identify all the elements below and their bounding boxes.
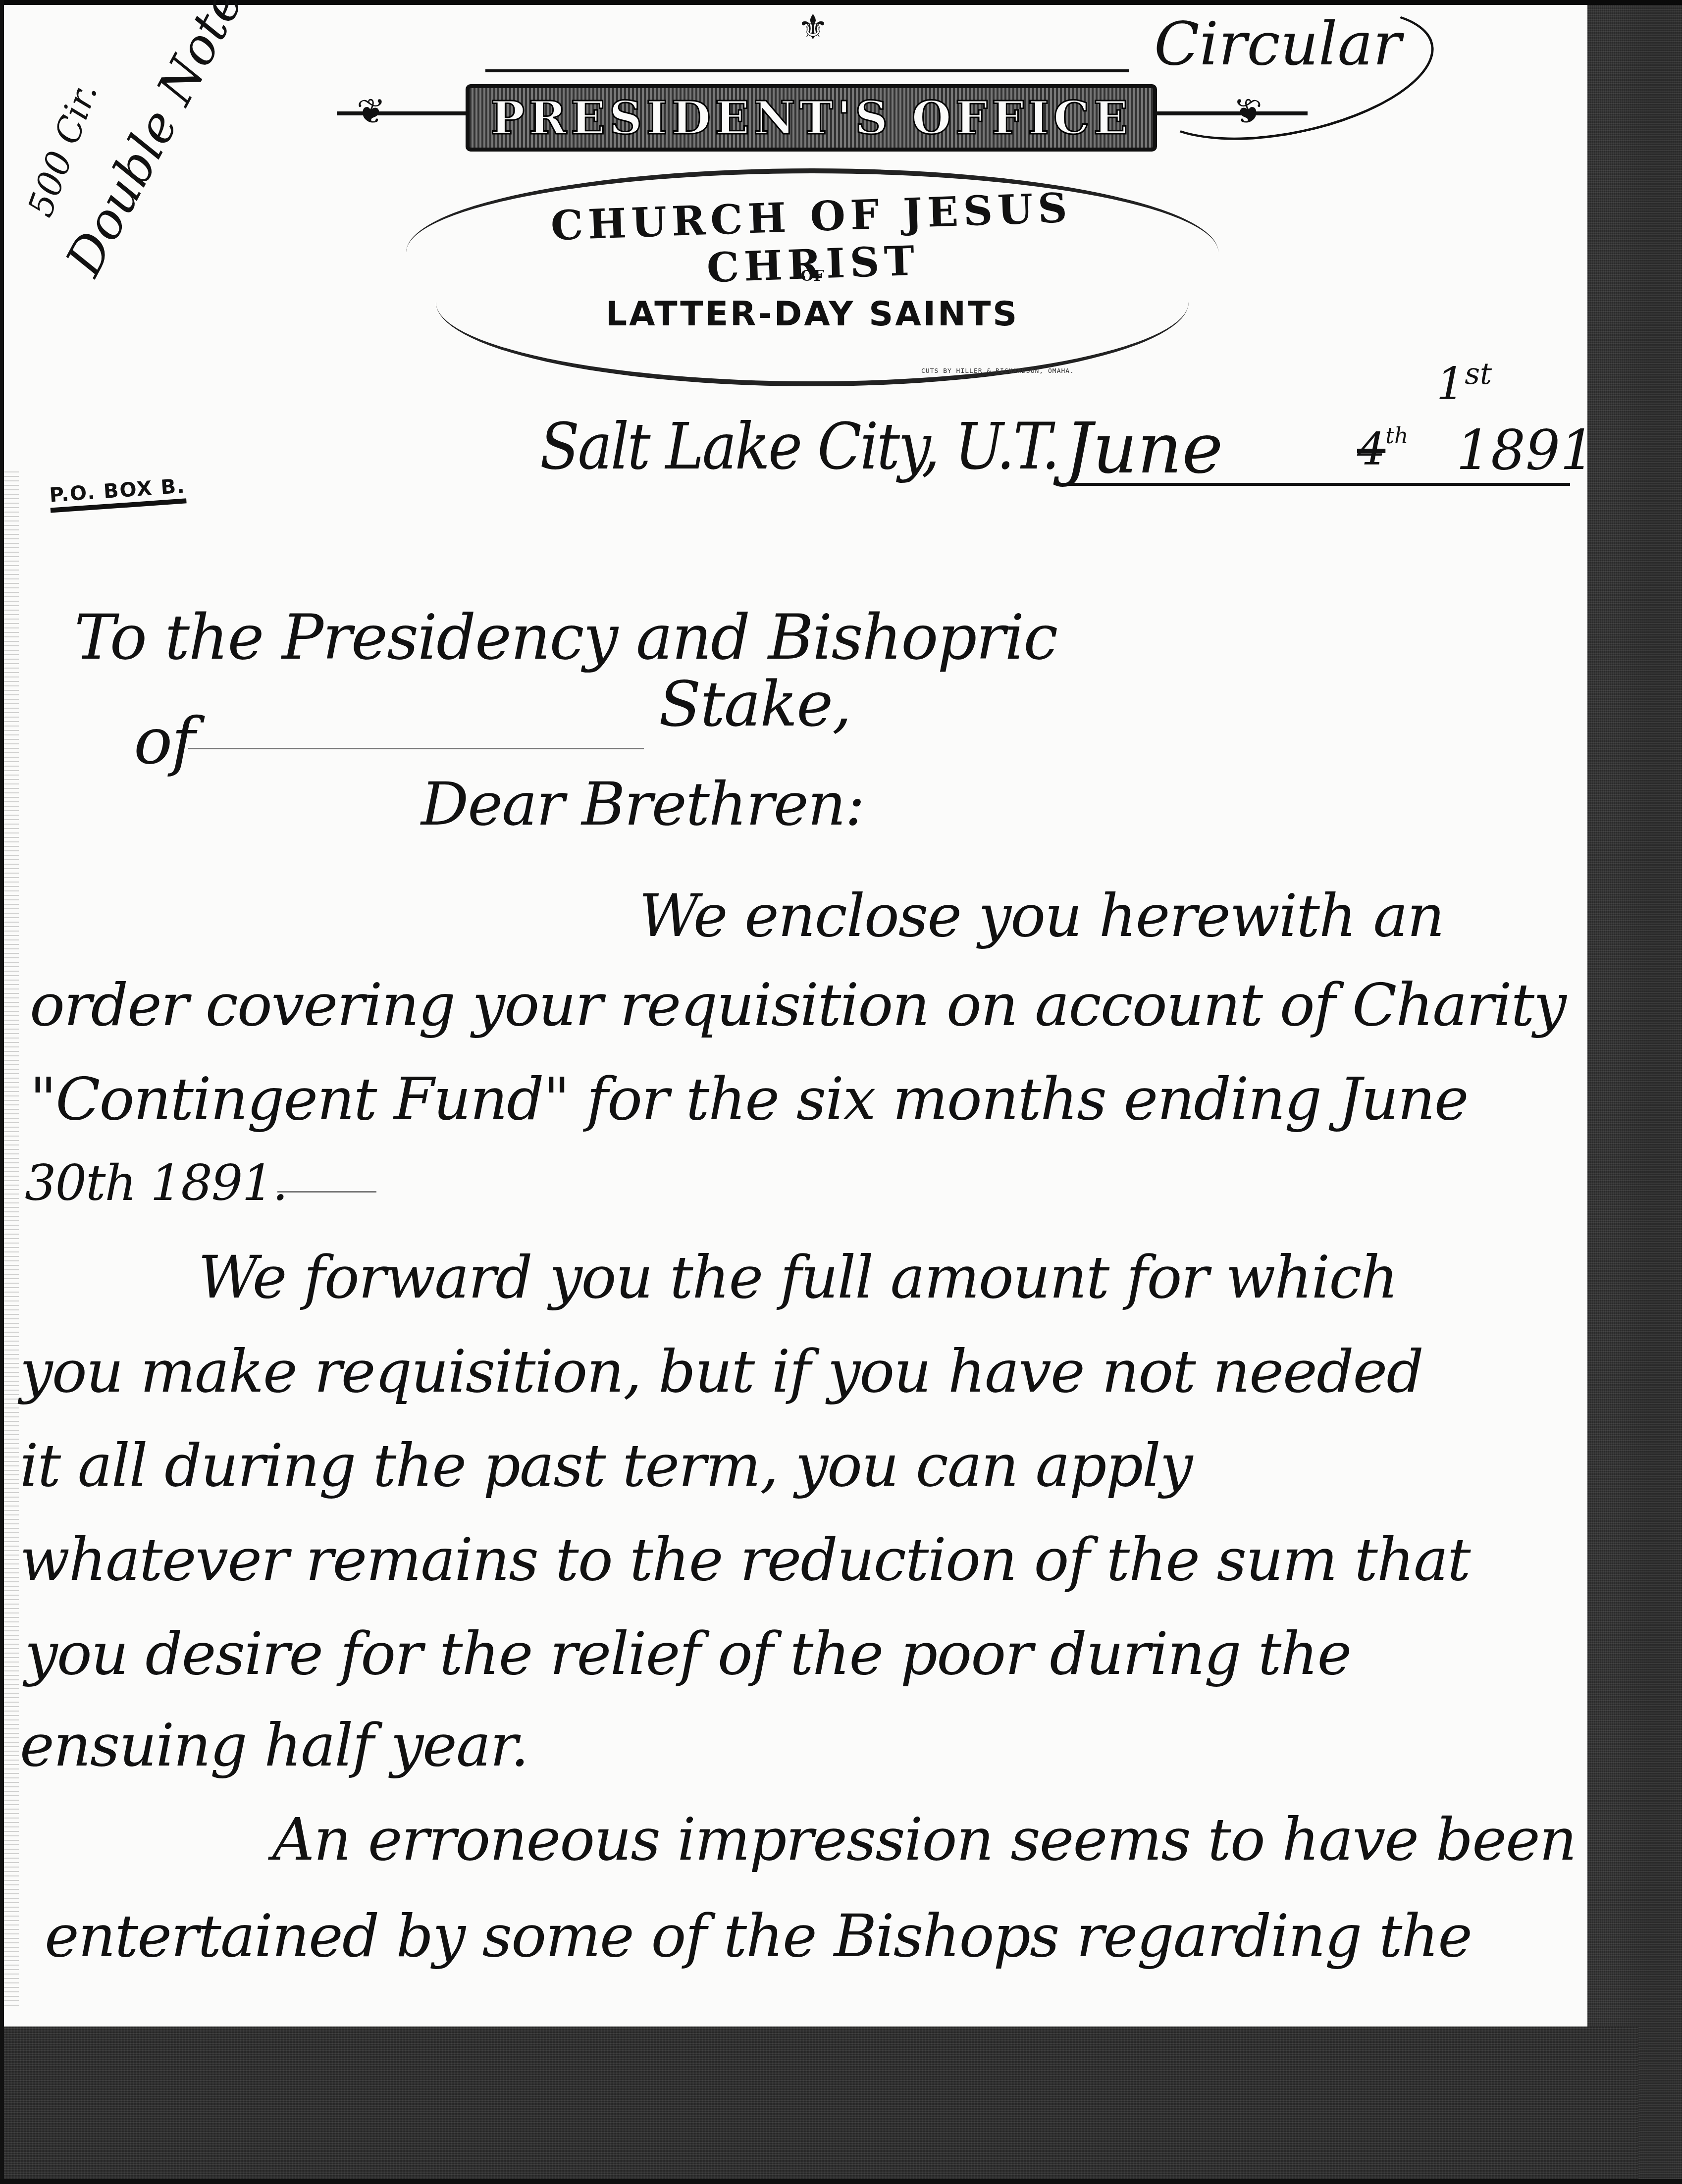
body-line: it all during the past term, you can app… [20, 1431, 1192, 1500]
fleur-ornament-icon: ⚜ [797, 10, 829, 45]
body-line: you make requisition, but if you have no… [20, 1337, 1423, 1405]
date-correction-suffix: st [1465, 357, 1492, 391]
dateline-city: Salt Lake City, U.T. [540, 409, 1058, 484]
church-of-word: OF [783, 267, 842, 285]
scan-border-left [0, 0, 4, 2184]
struck-day: 4 [1357, 423, 1385, 475]
body-line: ensuing half year. [20, 1711, 528, 1779]
day-suffix: th [1385, 423, 1408, 449]
letterhead-left-bar [337, 111, 466, 115]
scan-border-bottom [4, 2027, 1638, 2180]
presidents-office-banner: PRESIDENT'S OFFICE [466, 84, 1157, 152]
body-line: An erroneous impression seems to have be… [272, 1805, 1576, 1873]
scan-border-edge [0, 2179, 1682, 2184]
date-correction: 1st [1436, 357, 1492, 410]
letterhead-right-bar [1149, 111, 1308, 115]
address-stake: Stake, [659, 669, 851, 740]
body-line: you desire for the relief of the poor du… [25, 1619, 1351, 1688]
line-filler [277, 1191, 376, 1193]
body-line: entertained by some of the Bishops regar… [45, 1902, 1472, 1970]
dateline-day-struck: 4th [1357, 423, 1408, 475]
body-line: whatever remains to the reduction of the… [20, 1525, 1470, 1594]
address-line: To the Presidency and Bishopric [74, 602, 1057, 674]
letterhead: ⚜ ❦ ❦ PRESIDENT'S OFFICE CHURCH OF JESUS… [337, 10, 1308, 386]
scan-edge-noise [4, 470, 19, 2006]
dateline-year: 1891 [1456, 418, 1595, 482]
banner-title: PRESIDENT'S OFFICE [490, 91, 1132, 145]
dateline-month: June [1065, 409, 1223, 489]
body-line: We forward you the full amount for which [198, 1243, 1397, 1311]
letterhead-top-rule [485, 69, 1129, 72]
address-of: of [134, 703, 194, 779]
dateline: Salt Lake City, U.T. June 4th 1891 [540, 409, 1575, 498]
body-line: "Contingent Fund" for the six months end… [30, 1065, 1468, 1133]
latter-day-saints: LATTER-DAY SAINTS [584, 295, 1040, 334]
body-line: 30th 1891. [25, 1154, 287, 1212]
engraver-credit: CUTS BY HILLER & RICHARDSON, OMAHA. [921, 367, 1074, 375]
blank-stake-name-line [188, 748, 644, 749]
date-correction-day: 1 [1436, 358, 1465, 410]
scan-border-right [1587, 5, 1682, 2184]
body-line: order covering your requisition on accou… [30, 971, 1566, 1039]
greeting: Dear Brethren: [421, 770, 864, 839]
body-line: We enclose you herewith an [639, 882, 1444, 950]
